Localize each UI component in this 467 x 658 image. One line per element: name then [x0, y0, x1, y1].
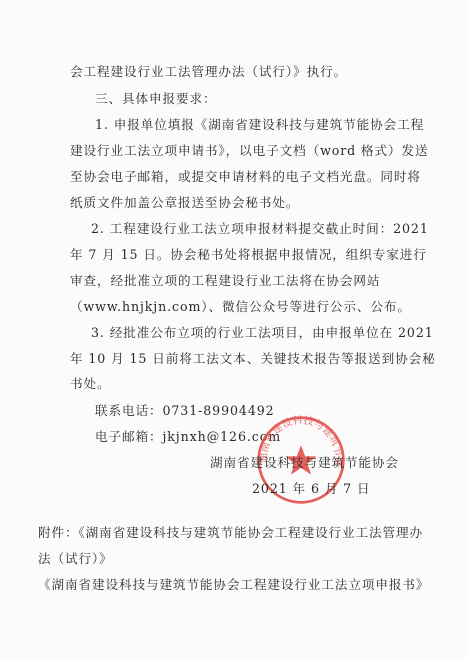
contact-phone: 联系电话：0731-89904492 [95, 403, 275, 419]
paragraph-line: 2. 工程建设行业工法立项申报材料提交截止时间：2021 [91, 221, 429, 237]
paragraph-line: 年 10 月 15 日前将工法文本、关键技术报告等报送到协会秘 [70, 351, 436, 367]
paragraph-line: 1. 申报单位填报《湖南省建设科技与建筑节能协会工程 [95, 117, 424, 133]
paragraph-line: 3. 经批准公布立项的行业工法项目，由申报单位在 2021 [91, 325, 434, 341]
signature-date: 2021 年 6 月 7 日 [252, 481, 370, 497]
contact-email: 电子邮箱：jkjnxh@126.com [95, 429, 281, 445]
attachment-line: 附件：《湖南省建设科技与建筑节能协会工程建设行业工法管理办 [38, 525, 423, 541]
paragraph-line: 审查，经批准立项的工程建设行业工法将在协会网站 [70, 273, 380, 289]
paragraph-line: 至协会电子邮箱，或提交申请材料的电子文档光盘。同时将 [70, 169, 421, 185]
paragraph-line: 书处。 [70, 376, 110, 392]
paragraph-line: 纸质文件加盖公章报送至协会秘书处。 [70, 195, 299, 211]
paragraph-line: 年 7 月 15 日。协会秘书处将根据申报情况，组织专家进行 [70, 247, 427, 263]
paragraph-line: （www.hnjkjn.com）、微信公众号等进行公示、公布。 [70, 299, 411, 315]
document-page: 会工程建设行业工法管理办法（试行）》执行。 三、具体申报要求： 1. 申报单位填… [0, 0, 467, 658]
paragraph-line: 会工程建设行业工法管理办法（试行）》执行。 [70, 64, 347, 80]
section-heading: 三、具体申报要求： [95, 91, 216, 107]
attachment-line: 《湖南省建设科技与建筑节能协会工程建设行业工法立项申报书》 [38, 577, 429, 593]
signature-organization: 湖南省建设科技与建筑节能协会 [210, 455, 399, 471]
attachment-line: 法（试行）》 [38, 551, 113, 567]
paragraph-line: 建设行业工法立项申请书》，以电子文档（word 格式）发送 [70, 143, 429, 159]
